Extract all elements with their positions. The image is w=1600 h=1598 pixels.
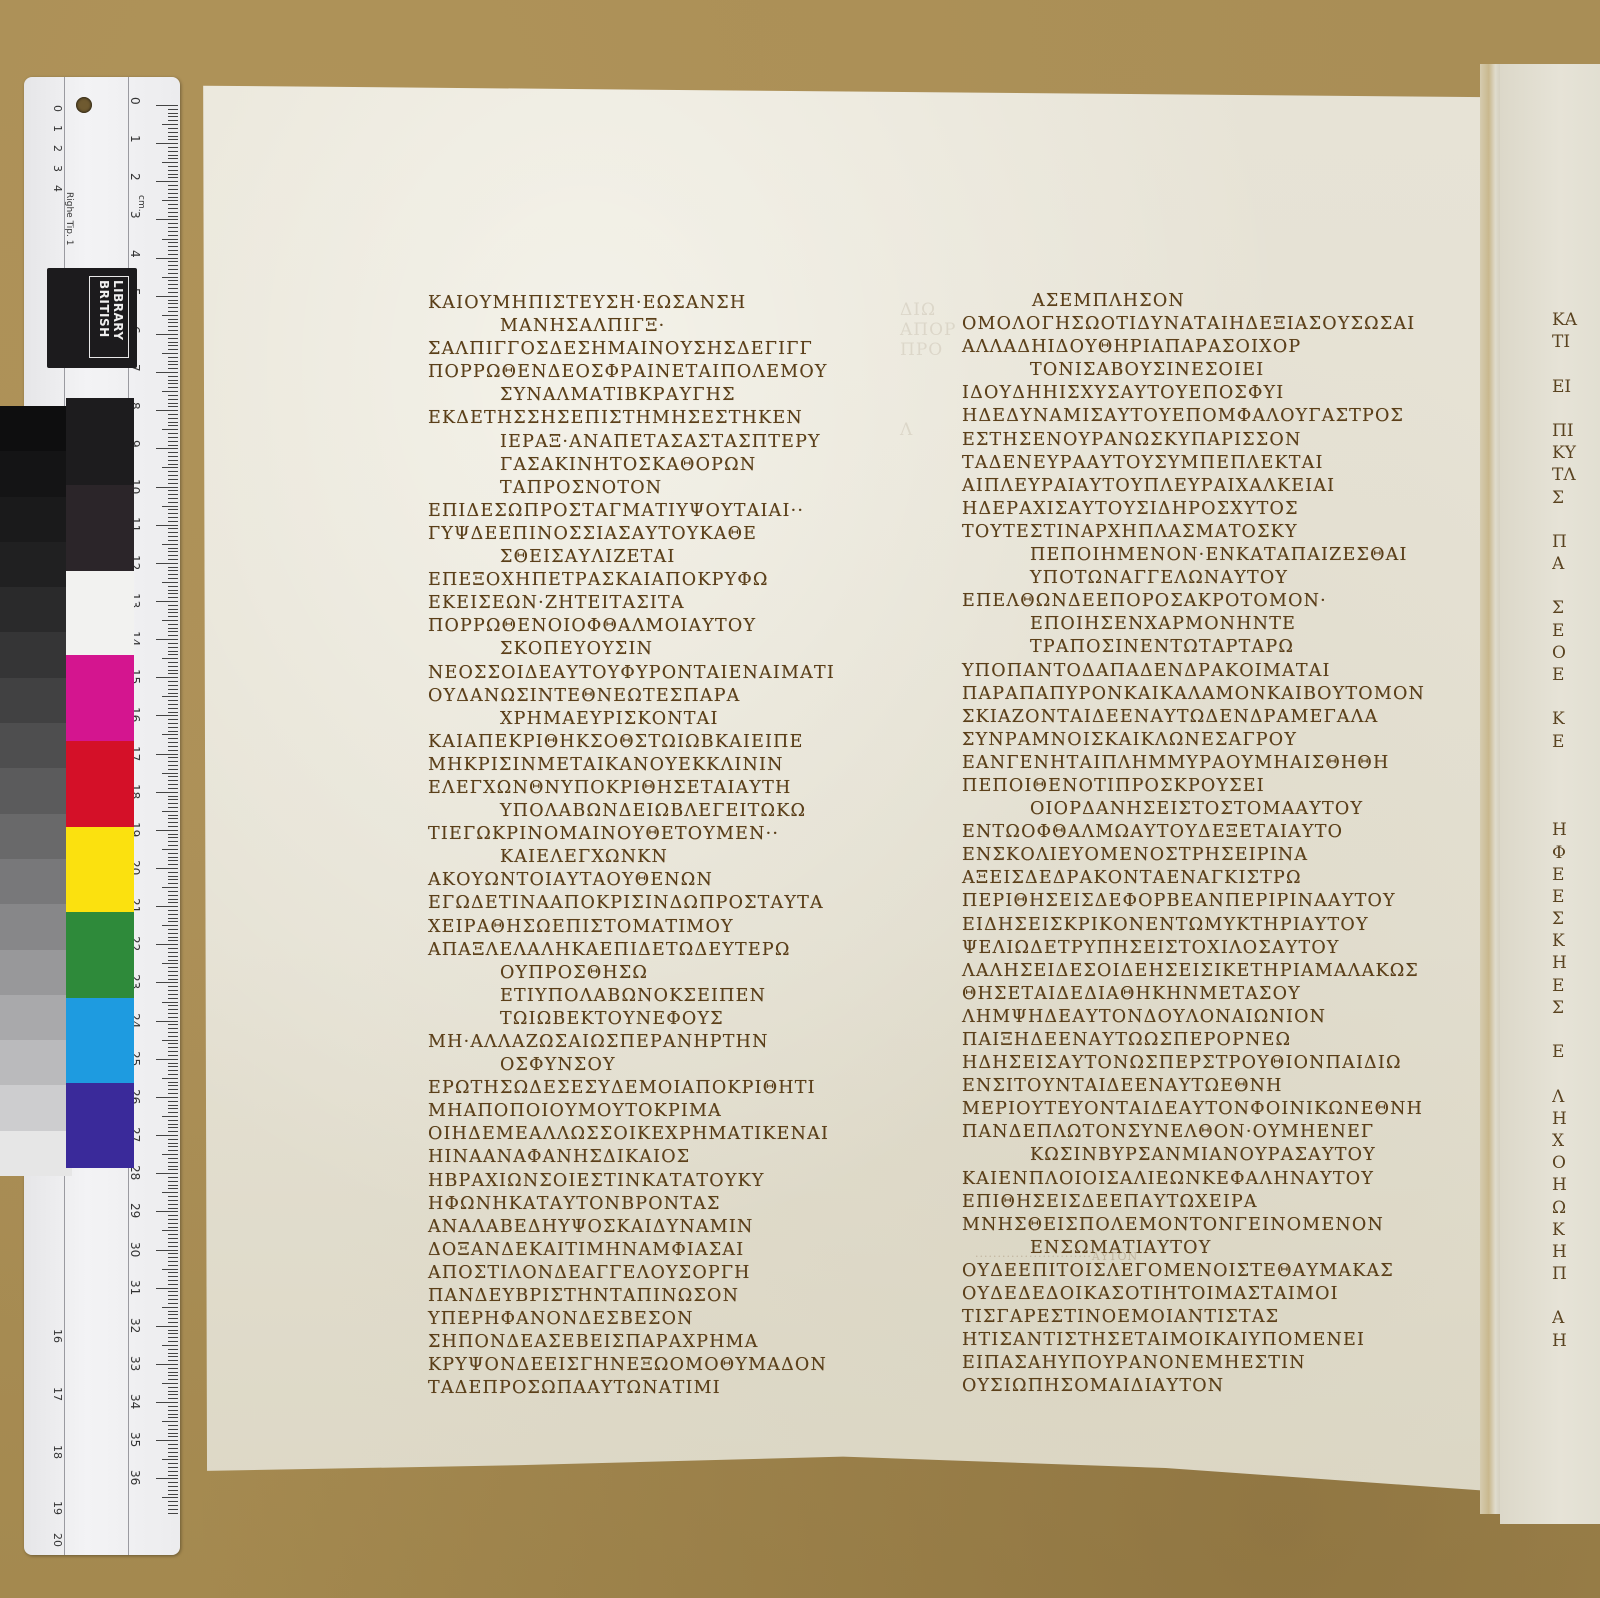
ruler-tick: [168, 120, 178, 121]
ruler-tick: [168, 998, 178, 999]
secondary-mark-label: 2: [51, 145, 64, 152]
ruler-tick: [168, 517, 178, 518]
ruler-tick: [168, 1085, 178, 1086]
ruler-tick: [162, 1459, 178, 1460]
ruler-tick: [168, 651, 178, 652]
ruler-tick: [168, 872, 178, 873]
ruler-tick: [168, 1127, 178, 1128]
ruler-tick: [156, 1402, 178, 1403]
manuscript-line: ΤΑΠΡΟΣΝΟΤΟΝ: [428, 477, 908, 500]
ruler-tick: [168, 471, 178, 472]
ruler-tick: [168, 837, 178, 838]
ruler-tick: [168, 399, 178, 400]
ruler-tick: [168, 166, 178, 167]
adjacent-line-fragment: Χ: [1552, 1131, 1600, 1153]
ruler-tick: [156, 754, 178, 755]
ruler-tick: [168, 452, 178, 453]
ruler-tick: [168, 528, 178, 529]
gray-step: [0, 950, 72, 995]
manuscript-line: ΟΥΔΕΔΕΔΟΙΚΑΣΟΤΙΗΤΟΙΜΑΣΤΑΙΜΟΙ: [962, 1283, 1462, 1306]
manuscript-line: ΑΝΑΛΑΒΕΔΗΥΨΟΣΚΑΙΔΥΝΑΜΙΝ: [428, 1216, 908, 1239]
ruler-tick: [168, 170, 178, 171]
ruler-tick: [168, 857, 178, 858]
ruler-tick: [168, 1505, 178, 1506]
ruler-tick: [162, 1154, 178, 1155]
ruler-tick: [168, 1311, 178, 1312]
ruler-tick: [168, 1425, 178, 1426]
ruler-tick: [168, 929, 178, 930]
manuscript-line: ΣΑΛΠΙΓΓΟΣΔΕΣΗΜΑΙΝΟΥΣΗΣΔΕΓΙΓΓ: [428, 338, 908, 361]
ruler-tick: [168, 769, 178, 770]
ruler-tick: [162, 239, 178, 240]
ruler-tick: [162, 849, 178, 850]
ruler-tick: [168, 1341, 178, 1342]
ruler-tick: [162, 544, 178, 545]
ruler-tick: [168, 826, 178, 827]
manuscript-line: ΟΥΠΡΟΣΘΗΣΩ: [428, 962, 908, 985]
ruler-tick: [168, 712, 178, 713]
ruler-tick: [162, 1192, 178, 1193]
manuscript-line: ΗΙΝΑΑΝΑΦΑΝΗΣΔΙΚΑΙΟΣ: [428, 1146, 908, 1169]
gray-step: [0, 1131, 72, 1176]
ruler-tick: [168, 1467, 178, 1468]
ruler-tick: [168, 1471, 178, 1472]
manuscript-line: ΣΚΟΠΕΥΟΥΣΙΝ: [428, 638, 908, 661]
ruler-tick: [168, 1238, 178, 1239]
ruler-tick: [156, 677, 178, 678]
ruler-hanging-hole: [76, 97, 92, 113]
ruler-tick: [168, 116, 178, 117]
adjacent-line-fragment: [1552, 510, 1600, 532]
manuscript-line: ΟΥΣΙΩΠΗΣΟΜΑΙΔΙΑΥΤΟΝ: [962, 1375, 1462, 1398]
ruler-tick: [168, 311, 178, 312]
ruler-tick: [168, 700, 178, 701]
ruler-tick: [168, 956, 178, 957]
ruler-tick: [168, 128, 178, 129]
ruler-tick: [162, 887, 178, 888]
adjacent-line-fragment: ΚΑ: [1552, 310, 1600, 332]
ruler-tick: [156, 372, 178, 373]
ruler-tick: [168, 662, 178, 663]
ruler-tick: [168, 490, 178, 491]
adjacent-line-fragment: Κ: [1552, 709, 1600, 731]
ruler-tick: [168, 952, 178, 953]
ruler-tick: [168, 1265, 178, 1266]
ruler-tick: [168, 1070, 178, 1071]
manuscript-line: ΤΩΙΩΒΕΚΤΟΥΝΕΦΟΥΣ: [428, 1008, 908, 1031]
ruler-tick: [162, 162, 178, 163]
adjacent-line-fragment: ΕΙ: [1552, 377, 1600, 399]
ruler-tick: [168, 361, 178, 362]
ruler-tick: [168, 300, 178, 301]
ruler-tick: [168, 387, 178, 388]
ruler-tick: [168, 1284, 178, 1285]
ruler-tick: [156, 1364, 178, 1365]
ruler-tick: [168, 845, 178, 846]
ruler-tick: [168, 1227, 178, 1228]
ruler-tick: [168, 1490, 178, 1491]
ruler-tick: [168, 1005, 178, 1006]
gray-step: [0, 678, 72, 723]
ruler-tick: [168, 1494, 178, 1495]
ruler-tick: [168, 1169, 178, 1170]
manuscript-line: ΕΠΕΞΟΧΗΠΕΤΡΑΣΚΑΙΑΠΟΚΡΥΦΩ: [428, 569, 908, 592]
ruler-tick: [168, 1391, 178, 1392]
ruler-tick: [168, 1196, 178, 1197]
ruler-tick: [168, 1166, 178, 1167]
ruler-tick: [168, 303, 178, 304]
ruler-tick: [168, 403, 178, 404]
ruler-tick: [168, 788, 178, 789]
ruler-tick: [168, 590, 178, 591]
ruler-tick: [168, 1185, 178, 1186]
ruler-tick: [168, 975, 178, 976]
ruler-tick: [168, 1215, 178, 1216]
adjacent-line-fragment: Η: [1552, 1331, 1600, 1353]
ruler-tick: [156, 143, 178, 144]
cm-mark-label: 32: [128, 1318, 142, 1333]
ruler-tick: [168, 799, 178, 800]
ruler-tick: [168, 937, 178, 938]
ruler-tick: [168, 818, 178, 819]
adjacent-line-fragment: ΤΛ: [1552, 465, 1600, 487]
ruler-tick: [168, 1333, 178, 1334]
cm-mark-label: 29: [128, 1203, 142, 1218]
ruler-tick: [168, 1303, 178, 1304]
color-calibration-chart: [0, 398, 136, 1178]
ruler-tick: [156, 639, 178, 640]
ruler-tick: [168, 967, 178, 968]
swatch-black: [66, 398, 134, 485]
ruler-tick: [162, 1230, 178, 1231]
ruler-tick: [168, 1452, 178, 1453]
gray-step: [0, 1040, 72, 1085]
ruler-tick: [168, 540, 178, 541]
manuscript-line: ΕΙΔΗΣΕΙΣΚΡΙΚΟΝΕΝΤΩΜΥΚΤΗΡΙΑΥΤΟΥ: [962, 914, 1462, 937]
adjacent-line-fragment: Κ: [1552, 931, 1600, 953]
adjacent-line-fragment: [1552, 687, 1600, 709]
ruler-tick: [162, 658, 178, 659]
adjacent-line-fragment: [1552, 354, 1600, 376]
ruler-tick: [168, 158, 178, 159]
ruler-tick: [168, 1146, 178, 1147]
ruler-tick: [168, 914, 178, 915]
ruler-tick: [168, 1295, 178, 1296]
ruler-tick: [162, 925, 178, 926]
ruler-tick: [168, 1017, 178, 1018]
ruler-tick: [168, 1410, 178, 1411]
secondary-mark-label: 16: [51, 1329, 64, 1343]
ruler-tick: [168, 1208, 178, 1209]
ruler-tick: [168, 216, 178, 217]
ruler-tick: [168, 994, 178, 995]
ruler-tick: [156, 1135, 178, 1136]
ruler-tick: [162, 315, 178, 316]
ruler-tick: [168, 803, 178, 804]
manuscript-line: ΥΠΟΠΑΝΤΟΔΑΠΑΔΕΝΔΡΑΚΟΙΜΑΤΑΙ: [962, 660, 1462, 683]
ruler-tick: [168, 445, 178, 446]
ruler-tick: [168, 475, 178, 476]
manuscript-line: ΟΥΔΕΕΠΙΤΟΙΣΛΕΓΟΜΕΝΟΙΣΤΕΘΑΥΜΑΚΑΣ: [962, 1260, 1462, 1283]
manuscript-line: ΕΡΩΤΗΣΩΔΕΣΕΣΥΔΕΜΟΙΑΠΟΚΡΙΘΗΤΙ: [428, 1077, 908, 1100]
ruler-tick: [168, 338, 178, 339]
ruler-tick: [168, 406, 178, 407]
right-text-column: ΑΣΕΜΠΛΗΣΟΝΟΜΟΛΟΓΗΣΩΟΤΙΔΥΝΑΤΑΙΗΔΕΞΙΑΣΟΥΣΩ…: [962, 290, 1462, 1399]
adjacent-line-fragment: Ο: [1552, 1153, 1600, 1175]
logo-text: LIBRARY BRITISH: [97, 280, 125, 341]
color-swatch-strip: [66, 398, 134, 1168]
ruler-tick: [168, 460, 178, 461]
ruler-tick: [168, 948, 178, 949]
ruler-tick: [168, 330, 178, 331]
manuscript-line: ΜΗ·ΑΛΛΑΖΩΣΑΙΩΣΠΕΡΑΝΗΡΤΗΝ: [428, 1031, 908, 1054]
ruler-tick: [162, 1040, 178, 1041]
ruler-tick: [162, 773, 178, 774]
ruler-tick: [168, 1379, 178, 1380]
left-text-column: ΚΑΙΟΥΜΗΠΙΣΤΕΥΣΗ·ΕΩΣΑΝΣΗΜΑΝΗΣΑΛΠΙΓΞ·ΣΑΛΠΙ…: [428, 292, 908, 1401]
ruler-tick: [168, 1456, 178, 1457]
ruler-tick: [168, 1448, 178, 1449]
ruler-tick: [168, 807, 178, 808]
ruler-tick: [168, 933, 178, 934]
ruler-tick: [162, 124, 178, 125]
ruler-tick: [162, 1421, 178, 1422]
gray-step: [0, 859, 72, 904]
ruler-tick: [168, 1360, 178, 1361]
ruler-tick: [168, 631, 178, 632]
ruler-tick: [156, 982, 178, 983]
ruler-tick: [168, 624, 178, 625]
ruler-tick: [168, 319, 178, 320]
gray-step: [0, 451, 72, 496]
gray-step: [0, 995, 72, 1040]
adjacent-line-fragment: Η: [1552, 1242, 1600, 1264]
ruler-tick: [168, 883, 178, 884]
ruler-tick: [168, 1242, 178, 1243]
manuscript-line: ΗΔΕΔΥΝΑΜΙΣΑΥΤΟΥΕΠΟΜΦΑΛΟΥΓΑΣΤΡΟΣ: [962, 405, 1462, 428]
ruler-tick: [168, 693, 178, 694]
manuscript-line: ΝΕΟΣΣΟΙΔΕΑΥΤΟΥΦΥΡΟΝΤΑΙΕΝΑΙΜΑΤΙ: [428, 662, 908, 685]
manuscript-line: ΨΕΛΙΩΔΕΤΡΥΠΗΣΕΙΣΤΟΧΙΛΟΣΑΥΤΟΥ: [962, 937, 1462, 960]
ruler-tick: [168, 567, 178, 568]
ruler-tick: [168, 593, 178, 594]
manuscript-line: ΤΡΑΠΟΣΙΝΕΝΤΩΤΑΡΤΑΡΩ: [962, 636, 1462, 659]
manuscript-line: ΠΟΡΡΩΘΕΝΟΙΟΦΘΑΛΜΟΙΑΥΤΟΥ: [428, 615, 908, 638]
manuscript-line: ΜΕΡΙΟΥΤΕΥΟΝΤΑΙΔΕΑΥΤΟΝΦΟΙΝΙΚΩΝΕΘΝΗ: [962, 1098, 1462, 1121]
manuscript-line: ΣΚΙΑΖΟΝΤΑΙΔΕΕΝΑΥΤΩΔΕΝΔΡΑΜΕΓΑΛΑ: [962, 706, 1462, 729]
ruler-tick: [168, 597, 178, 598]
manuscript-line: ΣΗΠΟΝΔΕΑΣΕΒΕΙΣΠΑΡΑΧΡΗΜΑ: [428, 1331, 908, 1354]
ruler-tick: [168, 742, 178, 743]
ruler-tick: [156, 1097, 178, 1098]
manuscript-line: ΤΑΔΕΠΡΟΣΩΠΑΑΥΤΩΝΑΤΙΜΙ: [428, 1377, 908, 1400]
ruler-tick: [168, 1436, 178, 1437]
ruler-tick: [168, 1375, 178, 1376]
secondary-mark-label: 19: [51, 1501, 64, 1515]
ruler-tick: [156, 792, 178, 793]
ruler-tick: [168, 1280, 178, 1281]
ruler-tick: [168, 242, 178, 243]
ruler-tick: [156, 906, 178, 907]
ruler-tick: [162, 811, 178, 812]
secondary-mark-label: 18: [51, 1445, 64, 1459]
ruler-tick: [168, 1013, 178, 1014]
ruler-tick: [168, 1387, 178, 1388]
ruler-tick: [168, 990, 178, 991]
adjacent-line-fragment: Σ: [1552, 909, 1600, 931]
ruler-tick: [168, 574, 178, 575]
ruler-tick: [168, 635, 178, 636]
ruler-tick: [168, 971, 178, 972]
cm-mark-label: 35: [128, 1432, 142, 1447]
ruler-tick: [156, 715, 178, 716]
ruler-tick: [168, 628, 178, 629]
ruler-tick: [156, 181, 178, 182]
ruler-tick: [168, 1368, 178, 1369]
cm-mark-label: 2: [128, 173, 142, 181]
binding-gutter: [1480, 64, 1502, 1514]
ruler-tick: [168, 280, 178, 281]
ruler-tick: [168, 750, 178, 751]
ruler-tick: [168, 555, 178, 556]
ruler-tick: [168, 1356, 178, 1357]
manuscript-line: ΥΠΕΡΗΦΑΝΟΝΔΕΣΒΕΣΟΝ: [428, 1308, 908, 1331]
ruler-tick: [168, 1482, 178, 1483]
manuscript-line: ΠΕΠΟΙΗΜΕΝΟΝ·ΕΝΚΑΤΑΠΑΙΖΕΣΘΑΙ: [962, 544, 1462, 567]
adjacent-line-fragment: Ε: [1552, 887, 1600, 909]
ruler-tick: [168, 895, 178, 896]
ruler-tick: [168, 109, 178, 110]
ruler-tick: [168, 1398, 178, 1399]
ruler-tick: [168, 1463, 178, 1464]
ruler-tick: [168, 757, 178, 758]
ruler-tick: [168, 689, 178, 690]
ruler-tick: [168, 1276, 178, 1277]
manuscript-line: ΟΙΗΔΕΜΕΑΛΛΩΣΣΟΙΚΕΧΡΗΜΑΤΙΚΕΝΑΙ: [428, 1123, 908, 1146]
ruler-tick: [168, 616, 178, 617]
ruler-tick: [168, 1246, 178, 1247]
ruler-tick: [162, 429, 178, 430]
adjacent-line-fragment: Ε: [1552, 732, 1600, 754]
ruler-tick: [168, 1009, 178, 1010]
manuscript-line: ΣΥΝΑΛΜΑΤΙΒΚΡΑΥΓΗΣ: [428, 384, 908, 407]
ruler-tick: [168, 1223, 178, 1224]
ruler-tick: [156, 219, 178, 220]
adjacent-line-fragment: [1552, 1286, 1600, 1308]
manuscript-line: ΓΑΣΑΚΙΝΗΤΟΣΚΑΘΟΡΩΝ: [428, 454, 908, 477]
cm-mark-label: 3: [128, 211, 142, 219]
ruler-tick: [168, 986, 178, 987]
ruler-tick: [168, 776, 178, 777]
ruler-tick: [168, 212, 178, 213]
ruler-tick: [162, 1345, 178, 1346]
ruler-tick: [168, 418, 178, 419]
gray-step: [0, 497, 72, 542]
ruler-tick: [168, 891, 178, 892]
ruler-tick: [168, 113, 178, 114]
ruler-tick: [168, 822, 178, 823]
ruler-tick: [156, 1059, 178, 1060]
ruler-tick: [168, 383, 178, 384]
cm-mark-label: 0: [128, 97, 142, 105]
ruler-tick: [168, 174, 178, 175]
ruler-tick: [168, 1372, 178, 1373]
manuscript-line: ΜΝΗΣΘΕΙΣΠΟΛΕΜΟΝΤΟΝΓΕΙΝΟΜΕΝΟΝ: [962, 1214, 1462, 1237]
ruler-tick: [168, 815, 178, 816]
ruler-tick: [168, 1253, 178, 1254]
adjacent-line-fragment: Ε: [1552, 976, 1600, 998]
ruler-tick: [168, 960, 178, 961]
ruler-tick: [168, 1112, 178, 1113]
manuscript-line: ΜΗΚΡΙΣΙΝΜΕΤΑΙΚΑΝΟΥΕΚΚΛΙΝΙΝ: [428, 754, 908, 777]
ruler-tick: [168, 1131, 178, 1132]
ruler-tick: [168, 1143, 178, 1144]
ruler-tick: [168, 1093, 178, 1094]
ruler-tick: [162, 1269, 178, 1270]
manuscript-line: ΕΑΝΓΕΝΗΤΑΙΠΛΗΜΜΥΡΑΟΥΜΗΑΙΣΘΗΘΗ: [962, 752, 1462, 775]
ruler-tick: [168, 185, 178, 186]
gray-step: [0, 542, 72, 587]
swatch-magenta: [66, 655, 134, 741]
manuscript-line: ΧΕΙΡΑΘΗΣΩΕΠΙΣΤΟΜΑΤΙΜΟΥ: [428, 916, 908, 939]
adjacent-line-fragment: [1552, 576, 1600, 598]
ruler-tick: [156, 258, 178, 259]
manuscript-line: ΕΝΤΩΟΦΘΑΛΜΩΑΥΤΟΥΔΕΞΕΤΑΙΑΥΤΟ: [962, 821, 1462, 844]
ruler-tick: [168, 548, 178, 549]
ruler-tick: [168, 536, 178, 537]
ruler-secondary-label: Righe Tip. 1: [64, 192, 74, 245]
ruler-tick: [168, 1139, 178, 1140]
ruler-tick: [168, 612, 178, 613]
ruler-tick: [156, 448, 178, 449]
ruler-tick: [168, 269, 178, 270]
ruler-tick: [162, 620, 178, 621]
ruler-tick: [168, 265, 178, 266]
adjacent-line-fragment: Ε: [1552, 665, 1600, 687]
ruler-tick: [168, 853, 178, 854]
ruler-tick: [168, 902, 178, 903]
ruler-tick: [168, 521, 178, 522]
ruler-tick: [168, 910, 178, 911]
ruler-tick: [162, 1383, 178, 1384]
cm-mark-label: 36: [128, 1470, 142, 1485]
ruler-tick: [168, 796, 178, 797]
ruler-tick: [168, 509, 178, 510]
manuscript-line: ΕΤΙΥΠΟΛΑΒΩΝΟΚΣΕΙΠΕΝ: [428, 985, 908, 1008]
swatch-white: [66, 571, 134, 655]
ruler-tick: [162, 506, 178, 507]
manuscript-line: ΕΠΕΛΘΩΝΔΕΕΠΟΡΟΣΑΚΡΟΤΟΜΟΝ·: [962, 590, 1462, 613]
ruler-tick: [168, 1082, 178, 1083]
manuscript-line: ΕΣΤΗΣΕΝΟΥΡΑΝΩΣΚΥΠΑΡΙΣΣΟΝ: [962, 429, 1462, 452]
ruler-tick: [168, 670, 178, 671]
ruler-tick: [168, 1272, 178, 1273]
ruler-tick: [162, 696, 178, 697]
ruler-tick: [162, 1497, 178, 1498]
manuscript-line: ΚΑΙΕΝΠΛΟΙΟΙΣΑΛΙΕΩΝΚΕΦΑΛΗΝΑΥΤΟΥ: [962, 1168, 1462, 1191]
ruler-tick: [156, 296, 178, 297]
ruler-tick: [168, 551, 178, 552]
ruler-tick: [168, 498, 178, 499]
ruler-tick: [168, 1124, 178, 1125]
ruler-tick: [168, 326, 178, 327]
ruler-tick: [168, 177, 178, 178]
manuscript-line: ΕΓΩΔΕΤΙΝΑΑΠΟΚΡΙΣΙΝΔΩΠΡΟΣΤΑΥΤΑ: [428, 892, 908, 915]
manuscript-line: ΗΦΩΝΗΚΑΤΑΥΤΟΝΒΡΟΝΤΑΣ: [428, 1193, 908, 1216]
manuscript-line: ΥΠΟΛΑΒΩΝΔΕΙΩΒΛΕΓΕΙΤΩΚΩ: [428, 800, 908, 823]
manuscript-line: ΑΙΠΛΕΥΡΑΙΑΥΤΟΥΠΛΕΥΡΑΙΧΑΛΚΕΙΑΙ: [962, 475, 1462, 498]
manuscript-line: ΜΑΝΗΣΑΛΠΙΓΞ·: [428, 315, 908, 338]
